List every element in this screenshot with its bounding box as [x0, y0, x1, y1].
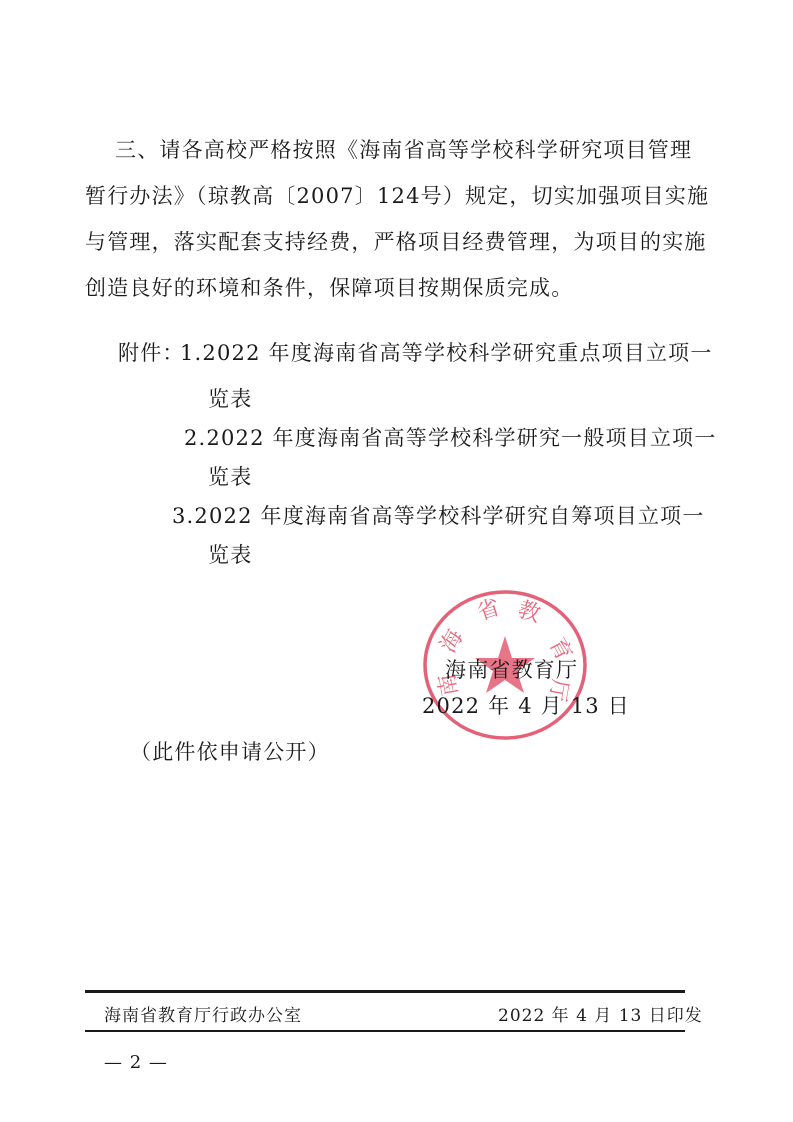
page-number: — 2 —	[104, 1052, 168, 1073]
attachment-item-2-cont: 览表	[208, 467, 252, 488]
svg-text:省: 省	[474, 595, 503, 626]
footer-print-date: 2022 年 4 月 13 日印发	[498, 1001, 703, 1026]
svg-text:教: 教	[515, 597, 544, 628]
paragraph-line: 暂行办法》（琼教高〔2007〕124号）规定，切实加强项目实施	[85, 186, 709, 207]
footer-office: 海南省教育厅行政办公室	[104, 1001, 302, 1026]
paragraph-line: 三、请各高校严格按照《海南省高等学校科学研究项目管理	[115, 140, 692, 161]
attachment-item-3-cont: 览表	[208, 545, 252, 566]
footer-bottom-rule	[85, 1030, 685, 1032]
attachments-label: 附件：	[118, 343, 185, 364]
svg-text:海: 海	[436, 626, 469, 658]
attachment-item-2: 2.2022 年度海南省高等学校科学研究一般项目立项一	[184, 428, 717, 449]
paragraph-line: 创造良好的环境和条件，保障项目按期保质完成。	[85, 278, 573, 299]
attachment-item-3: 3.2022 年度海南省高等学校科学研究自筹项目立项一	[172, 506, 705, 527]
paragraph-line: 与管理，落实配套支持经费，严格项目经费管理，为项目的实施	[85, 232, 707, 253]
disclosure-note: （此件依申请公开）	[130, 742, 330, 763]
issuer-name: 海南省教育厅	[445, 660, 578, 681]
attachment-item-1: 1.2022 年度海南省高等学校科学研究重点项目立项一	[180, 343, 713, 364]
footer-top-rule	[85, 990, 685, 993]
attachment-item-1-cont: 览表	[208, 389, 252, 410]
issue-date: 2022 年 4 月 13 日	[422, 696, 630, 717]
